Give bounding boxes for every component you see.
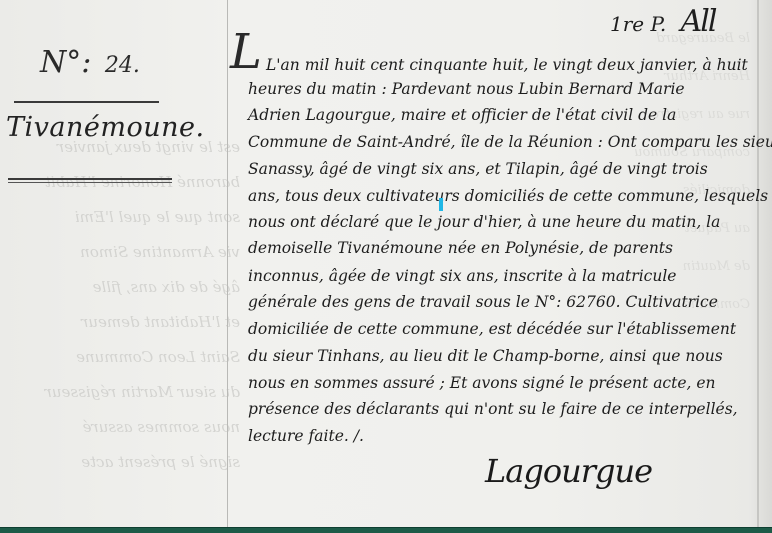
body-line: heures du matin : Pardevant nous Lubin B… [248, 80, 685, 98]
body-line: inconnus, âgée de vingt six ans, inscrit… [248, 267, 676, 285]
margin-underline [14, 101, 159, 103]
body-line: lecture faite. /. [248, 427, 364, 445]
document-scan: est le vingt deux janvier baronné Honori… [0, 0, 772, 527]
drop-capital: L [230, 28, 262, 76]
mayor-signature: Lagourgue [485, 452, 652, 490]
margin-child-name: Tivanémoune. [6, 112, 205, 143]
body-line: nous ont déclaré que le jour d'hier, à u… [248, 213, 720, 231]
body-line: Adrien Lagourgue, maire et officier de l… [248, 106, 676, 124]
body-line: Sanassy, âgé de vingt six ans, et Tilapi… [248, 160, 708, 178]
body-line: ans, tous deux cultivateurs domiciliés d… [248, 187, 768, 205]
entry-label: N°: [40, 45, 91, 80]
annotation-mark: 1re P. [610, 12, 666, 36]
body-line: demoiselle Tivanémoune née en Polynésie,… [248, 239, 673, 257]
text-cursor-marker [439, 198, 443, 211]
margin-rule [227, 0, 228, 527]
page-edge [757, 0, 759, 527]
entry-number-value: 24. [105, 53, 140, 78]
annotation-initials: All [681, 4, 716, 39]
body-line: présence des déclarants qui n'ont su le … [248, 400, 738, 418]
body-line: nous en sommes assuré ; Et avons signé l… [248, 374, 716, 392]
margin-double-rule-bottom [8, 182, 172, 183]
bleed-through-text: est le vingt deux janvier baronné Honori… [20, 130, 240, 520]
viewer-bottom-bar [0, 527, 772, 533]
body-line: domiciliée de cette commune, est décédée… [248, 320, 736, 338]
top-annotation: 1re P. All [610, 4, 715, 39]
margin-double-rule-top [8, 178, 172, 180]
entry-number: N°: 24. [40, 45, 140, 80]
body-line: Commune de Saint-André, île de la Réunio… [248, 133, 772, 151]
body-line: générale des gens de travail sous le N°:… [248, 293, 718, 311]
body-line: L'an mil huit cent cinquante huit, le vi… [266, 56, 748, 74]
body-line: du sieur Tinhans, au lieu dit le Champ-b… [248, 347, 723, 365]
